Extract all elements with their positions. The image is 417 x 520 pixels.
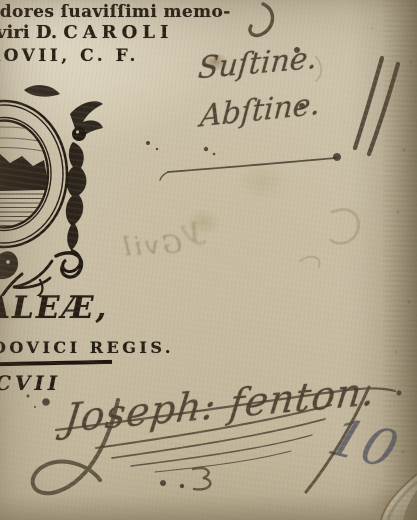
printed-line-name: viri D. CAROLI bbox=[0, 22, 173, 43]
printed-name-caps: CAROLI bbox=[63, 22, 173, 43]
owner-signature: Joseph: fenton. bbox=[62, 369, 379, 442]
printer-device-emblem: L O Q · S A L O Q · bbox=[0, 84, 104, 296]
imprint-year: CVII bbox=[0, 371, 61, 395]
printed-line-patronym: ROVII, C. F. bbox=[0, 46, 139, 66]
handwritten-motto-line2: Abſtine. bbox=[199, 86, 321, 134]
printed-line-memo: odores ſuaviſſimi memo- bbox=[0, 2, 231, 22]
book-page-photo: Gvil y L O Q · S A L O Q · bbox=[0, 0, 417, 520]
page-edge-shadow-bottom bbox=[0, 494, 417, 520]
page-curl bbox=[381, 474, 417, 520]
pencil-price-mark: 10 bbox=[321, 408, 406, 481]
imprint-privilege: DOVICI REGIS. bbox=[0, 338, 174, 357]
imprint-city: ALEÆ, bbox=[0, 290, 108, 326]
bleedthrough-text: Gvil bbox=[119, 229, 183, 261]
printed-rule bbox=[0, 360, 112, 366]
printed-name-prefix: viri D. bbox=[0, 22, 63, 43]
handwritten-motto-line1: Suſtine. bbox=[197, 41, 319, 87]
